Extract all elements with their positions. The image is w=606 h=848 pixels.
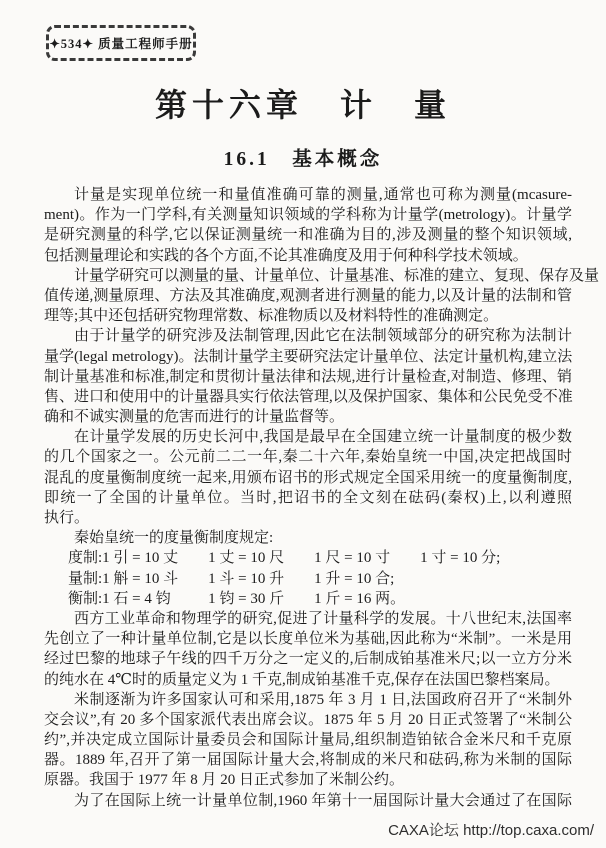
- text-line: 计量学研究可以测量的量、计量单位、计量基准、标准的建立、复现、保存及量: [44, 266, 572, 286]
- chapter-title: 第十六章 计 量: [0, 80, 606, 126]
- rule-equation: 1 寸 = 10 分;: [420, 548, 500, 568]
- paragraph: 由于计量学的研究涉及法制管理,因此它在法制领域部分的研究称为法制计量学(lega…: [44, 326, 572, 427]
- text-line: 的几个国家之一。公元前二二一年,秦二十六年,秦始皇统一中国,决定把战国时: [44, 447, 572, 467]
- text-line: 约”,并决定成立国际计量委员会和国际计量局,组织制造铂铱合金米尺和千克原: [44, 730, 572, 750]
- text-line: 计量是实现单位统一和量值准确可靠的测量,通常也可称为测量(mcasure-: [44, 185, 572, 205]
- text-line: 即统一了全国的计量单位。当时,把诏书的全文刻在砝码(秦权)上,以利遵照: [44, 488, 572, 508]
- text-line: 西方工业革命和物理学的研究,促进了计量科学的发展。十八世纪末,法国率: [44, 609, 572, 629]
- paragraph: 西方工业革命和物理学的研究,促进了计量科学的发展。十八世纪末,法国率先创立了一种…: [44, 609, 572, 690]
- measure-rule-line: 度制:1 引 = 10 丈1 丈 = 10 尺1 尺 = 10 寸1 寸 = 1…: [44, 548, 572, 568]
- page-number-badge: ✦534✦ 质量工程师手册: [46, 25, 196, 61]
- text-line: 执行。: [44, 508, 572, 528]
- text-line: 值传递,测量原理、方法及其准确度,观测者进行测量的能力,以及计量的法制和管: [44, 286, 572, 306]
- text-line: 售、进口和使用中的计量器具实行依法管理,以及保护国家、集体和公民免受不准: [44, 387, 572, 407]
- rule-equation: 1 斤 = 16 两。: [314, 589, 405, 609]
- footer-watermark: CAXA论坛 http://top.caxa.com/: [388, 819, 594, 840]
- text-line: 由于计量学的研究涉及法制管理,因此它在法制领域部分的研究称为法制计: [44, 326, 572, 346]
- text-line: 交会议”,有 20 多个国家派代表出席会议。1875 年 5 月 20 日正式签…: [44, 710, 572, 730]
- scanned-book-page: ✦534✦ 质量工程师手册 第十六章 计 量 16.1 基本概念 计量是实现单位…: [0, 0, 606, 848]
- rule-equation: 1 斛 = 10 斗: [102, 569, 208, 589]
- rule-equation: 1 丈 = 10 尺: [208, 548, 314, 568]
- text-line: 的纯水在 4℃时的质量定义为 1 千克,制成铂基准千克,保存在法国巴黎档案局。: [44, 670, 572, 690]
- rule-label: 量制:: [68, 571, 102, 587]
- text-line: 在计量学发展的历史长河中,我国是最早在全国建立统一计量制度的极少数: [44, 427, 572, 447]
- body-content: 计量是实现单位统一和量值准确可靠的测量,通常也可称为测量(mcasure-men…: [44, 185, 572, 811]
- text-line: 是研究测量的科学,它以保证测量统一和准确为目的,涉及测量的整个知识领域,: [44, 225, 572, 245]
- rule-label: 度制:: [68, 550, 102, 566]
- text-line: 制计量基准和标准,制定和贯彻计量法律和法规,进行计量检查,对制造、修理、销: [44, 367, 572, 387]
- paragraph: 计量学研究可以测量的量、计量单位、计量基准、标准的建立、复现、保存及量值传递,测…: [44, 266, 572, 327]
- text-line: 先创立了一种计量单位制,它是以长度单位米为基础,因此称为“米制”。一米是用: [44, 629, 572, 649]
- text-line: 米制逐渐为许多国家认可和采用,1875 年 3 月 1 日,法国政府召开了“米制…: [44, 690, 572, 710]
- section-heading: 16.1 基本概念: [0, 143, 606, 171]
- text-line: 为了在国际上统一计量单位制,1960 年第十一届国际计量大会通过了在国际: [44, 791, 572, 811]
- measure-rule-line: 衡制:1 石 = 4 钧1 钧 = 30 斤1 斤 = 16 两。: [44, 589, 572, 609]
- text-line: 混乱的度量衡制度统一起来,用颁布诏书的形式规定全国采用统一的度量衡制度,: [44, 468, 572, 488]
- paragraph: 米制逐渐为许多国家认可和采用,1875 年 3 月 1 日,法国政府召开了“米制…: [44, 690, 572, 791]
- measure-rule-line: 量制:1 斛 = 10 斗1 斗 = 10 升1 升 = 10 合;: [44, 569, 572, 589]
- rule-equation: 1 斗 = 10 升: [208, 569, 314, 589]
- text-line: ment)。作为一门学科,有关测量知识领域的学科称为计量学(metrology)…: [44, 205, 572, 225]
- rule-equation: 1 尺 = 10 寸: [314, 548, 420, 568]
- rule-label: 衡制:: [68, 591, 102, 607]
- paragraph: 在计量学发展的历史长河中,我国是最早在全国建立统一计量制度的极少数的几个国家之一…: [44, 427, 572, 528]
- text-line: 包括测量理论和实践的各个方面,不论其准确度及用于何种科学技术领域。: [44, 246, 572, 266]
- rule-equation: 1 引 = 10 丈: [102, 548, 208, 568]
- text-line: 理等;其中还包括研究物理常数、标准物质以及材料特性的准确测定。: [44, 306, 572, 326]
- rule-equation: 1 钧 = 30 斤: [208, 589, 314, 609]
- paragraph: 计量是实现单位统一和量值准确可靠的测量,通常也可称为测量(mcasure-men…: [44, 185, 572, 266]
- text-line: 原器。我国于 1977 年 8 月 20 日正式参加了米制公约。: [44, 770, 572, 790]
- text-line: 量学(legal metrology)。法制计量学主要研究法定计量单位、法定计量…: [44, 347, 572, 367]
- paragraph: 为了在国际上统一计量单位制,1960 年第十一届国际计量大会通过了在国际: [44, 791, 572, 811]
- rule-equation: 1 升 = 10 合;: [314, 569, 394, 589]
- text-line: 秦始皇统一的度量衡制度规定:: [44, 528, 572, 548]
- text-line: 确和不诚实测量的危害而进行的计量监督等。: [44, 407, 572, 427]
- rule-equation: 1 石 = 4 钧: [102, 589, 208, 609]
- page-number-badge-text: ✦534✦ 质量工程师手册: [49, 34, 192, 52]
- text-line: 器。1889 年,召开了第一届国际计量大会,将制成的米尺和砝码,称为米制的国际: [44, 750, 572, 770]
- paragraph: 秦始皇统一的度量衡制度规定:: [44, 528, 572, 548]
- text-line: 经过巴黎的地球子午线的四千万分之一定义的,后制成铂基准米尺;以一立方分米: [44, 649, 572, 669]
